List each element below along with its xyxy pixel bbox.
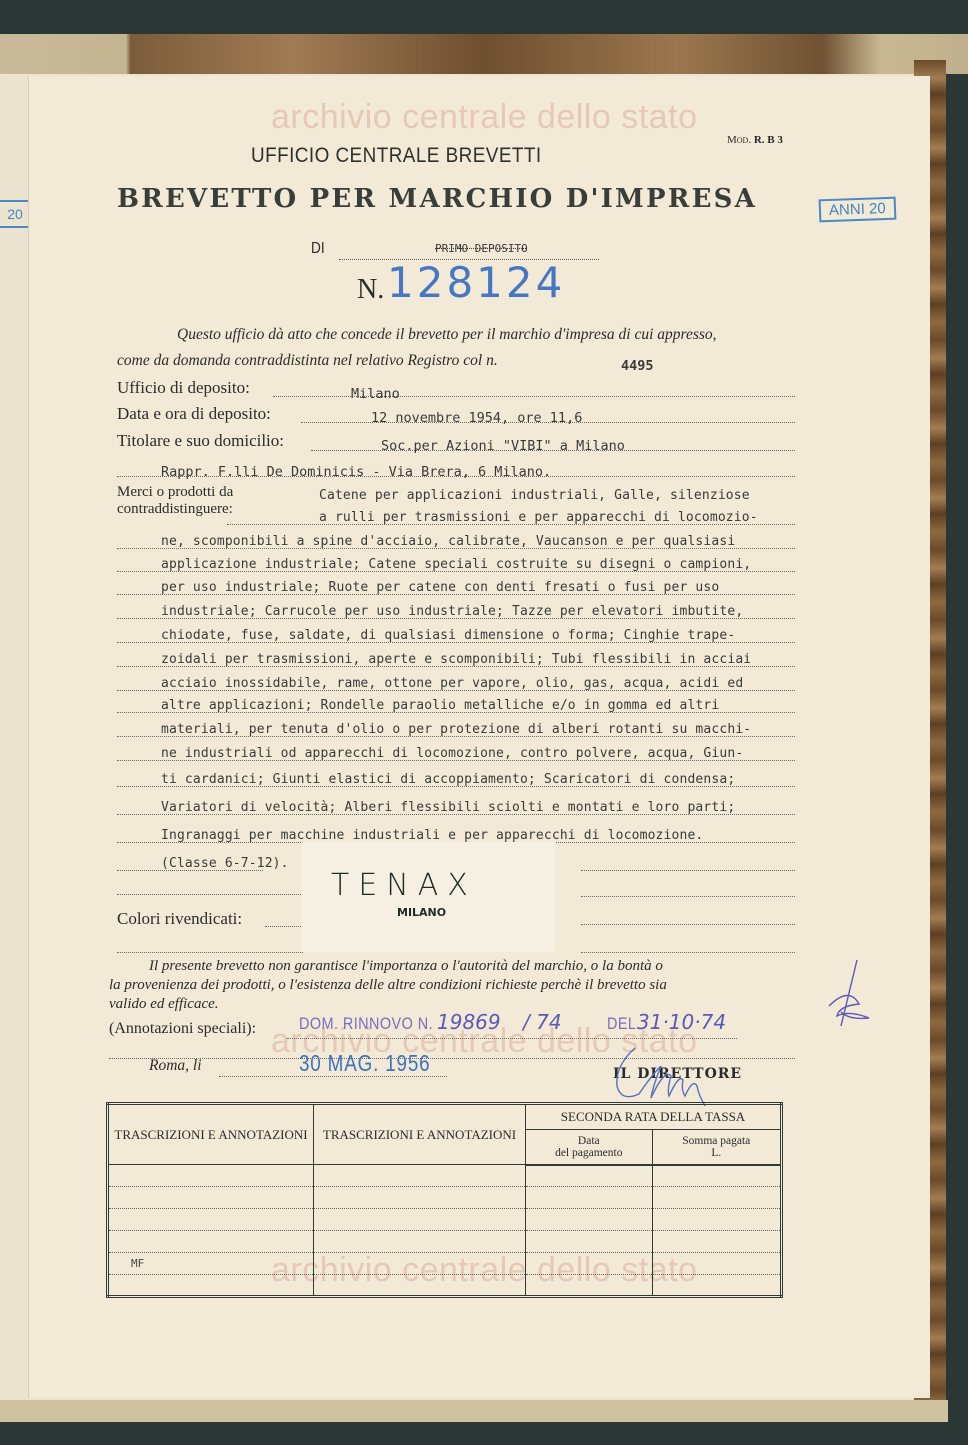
table-row [108, 1209, 782, 1231]
patent-number: 128124 [387, 258, 565, 307]
goods-line: Catene per applicazioni industriali, Gal… [319, 488, 750, 503]
disclaimer-line-2: la provenienza dei prodotti, o l'esisten… [109, 977, 667, 994]
titolare-value-2: Rappr. F.lli De Dominicis - Via Brera, 6… [161, 464, 551, 480]
binder-cover-top [0, 34, 968, 74]
office-name: UFFICIO CENTRALE BREVETTI [251, 144, 542, 168]
ufficio-value: Milano [351, 386, 400, 402]
data-label: Data e ora di deposito: [117, 404, 271, 424]
number-label: N. [357, 274, 384, 306]
goods-line: industriale; Carrucole per uso industria… [161, 604, 743, 619]
intro-line-1: Questo ufficio dà atto che concede il br… [177, 326, 717, 344]
di-label: DI [311, 240, 325, 258]
model-code: Mod. R. B 3 [727, 134, 783, 146]
del-label: DEL [607, 1014, 636, 1034]
goods-line: Variatori di velocità; Alberi flessibili… [161, 800, 735, 815]
goods-line: altre applicazioni; Rondelle paraolio me… [161, 698, 719, 713]
renewal-year: / 74 [523, 1010, 562, 1034]
trademark-label: TENAX MILANO [301, 842, 555, 952]
goods-line: materiali, per tenuta d'olio o per prote… [161, 722, 751, 737]
col-header-trascrizioni-2: TRASCRIZIONI E ANNOTAZIONI [314, 1104, 526, 1165]
table-row [108, 1275, 782, 1297]
binder-cover-bottom [0, 1400, 948, 1422]
goods-line: zoidali per trasmissioni, aperte e scomp… [161, 652, 751, 667]
disclaimer-line-1: Il presente brevetto non garantisce l'im… [149, 958, 663, 975]
intro-line-2: come da domanda contraddistinta nel rela… [117, 352, 498, 370]
trademark-name: TENAX [331, 868, 477, 903]
table-row [108, 1231, 782, 1253]
trademark-city: MILANO [397, 906, 446, 919]
issue-date-stamp: 30 MAG. 1956 [299, 1050, 430, 1077]
goods-line: ne industriali od apparecchi di locomozi… [161, 746, 743, 761]
goods-line: ne, scomponibili a spine d'acciaio, cali… [161, 534, 735, 549]
di-value: PRIMO DEPOSITO [435, 242, 528, 255]
table-row [108, 1187, 782, 1209]
document-title: BREVETTO PER MARCHIO D'IMPRESA [117, 184, 757, 214]
renewal-number: 19869 [437, 1010, 501, 1034]
register-table: TRASCRIZIONI E ANNOTAZIONI TRASCRIZIONI … [106, 1102, 783, 1298]
titolare-label: Titolare e suo domicilio: [117, 431, 284, 451]
data-value: 12 novembre 1954, ore 11,6 [371, 410, 582, 426]
merci-label: Merci o prodotti da contraddistinguere: [117, 484, 233, 518]
goods-line: a rulli per trasmissioni e per apparecch… [319, 510, 758, 525]
colori-label: Colori rivendicati: [117, 909, 242, 929]
ufficio-label: Ufficio di deposito: [117, 378, 250, 398]
colori-rule [581, 952, 795, 953]
colori-rule [117, 952, 303, 953]
goods-line: Ingranaggi per macchine industriali e pe… [161, 828, 703, 843]
table-row: MF [108, 1253, 782, 1275]
colori-rule [581, 924, 795, 925]
goods-line: ti cardanici; Giunti elastici di accoppi… [161, 772, 735, 787]
colori-rule [117, 894, 303, 895]
col-header-data-pagamento: Data del pagamento [526, 1130, 653, 1165]
colori-line [265, 926, 303, 927]
place-label: Roma, li [149, 1057, 202, 1075]
goods-line: chiodate, fuse, saldate, di qualsiasi di… [161, 628, 735, 643]
titolare-value: Soc.per Azioni "VIBI" a Milano [381, 438, 625, 454]
col-header-trascrizioni-1: TRASCRIZIONI E ANNOTAZIONI [108, 1104, 314, 1165]
renewal-stamp: DOM. RINNOVO N. [299, 1014, 433, 1034]
table-row [108, 1165, 782, 1187]
goods-line: applicazione industriale; Catene special… [161, 557, 751, 572]
annotations-label: (Annotazioni speciali): [109, 1020, 256, 1038]
goods-line: per uso industriale; Ruote per catene co… [161, 580, 719, 595]
goods-line: (Classe 6-7-12). [161, 856, 289, 871]
col-header-somma-pagata: Somma pagata L. [652, 1130, 781, 1165]
watermark-top: archivio centrale dello stato [271, 98, 698, 137]
col-header-seconda-rata: SECONDA RATA DELLA TASSA [526, 1104, 782, 1130]
colori-rule [581, 896, 795, 897]
renewal-date: 31·10·74 [637, 1010, 726, 1034]
goods-rule [581, 870, 795, 871]
goods-line: acciaio inossidabile, rame, ottone per v… [161, 676, 743, 691]
anni-stamp: ANNI 20 [819, 197, 896, 223]
annotations-line [287, 1038, 737, 1039]
initials-signature-icon [819, 956, 879, 1036]
register-number: 4495 [621, 358, 654, 374]
director-signature-icon [609, 1046, 719, 1108]
disclaimer-line-3: valido ed efficace. [109, 996, 219, 1013]
